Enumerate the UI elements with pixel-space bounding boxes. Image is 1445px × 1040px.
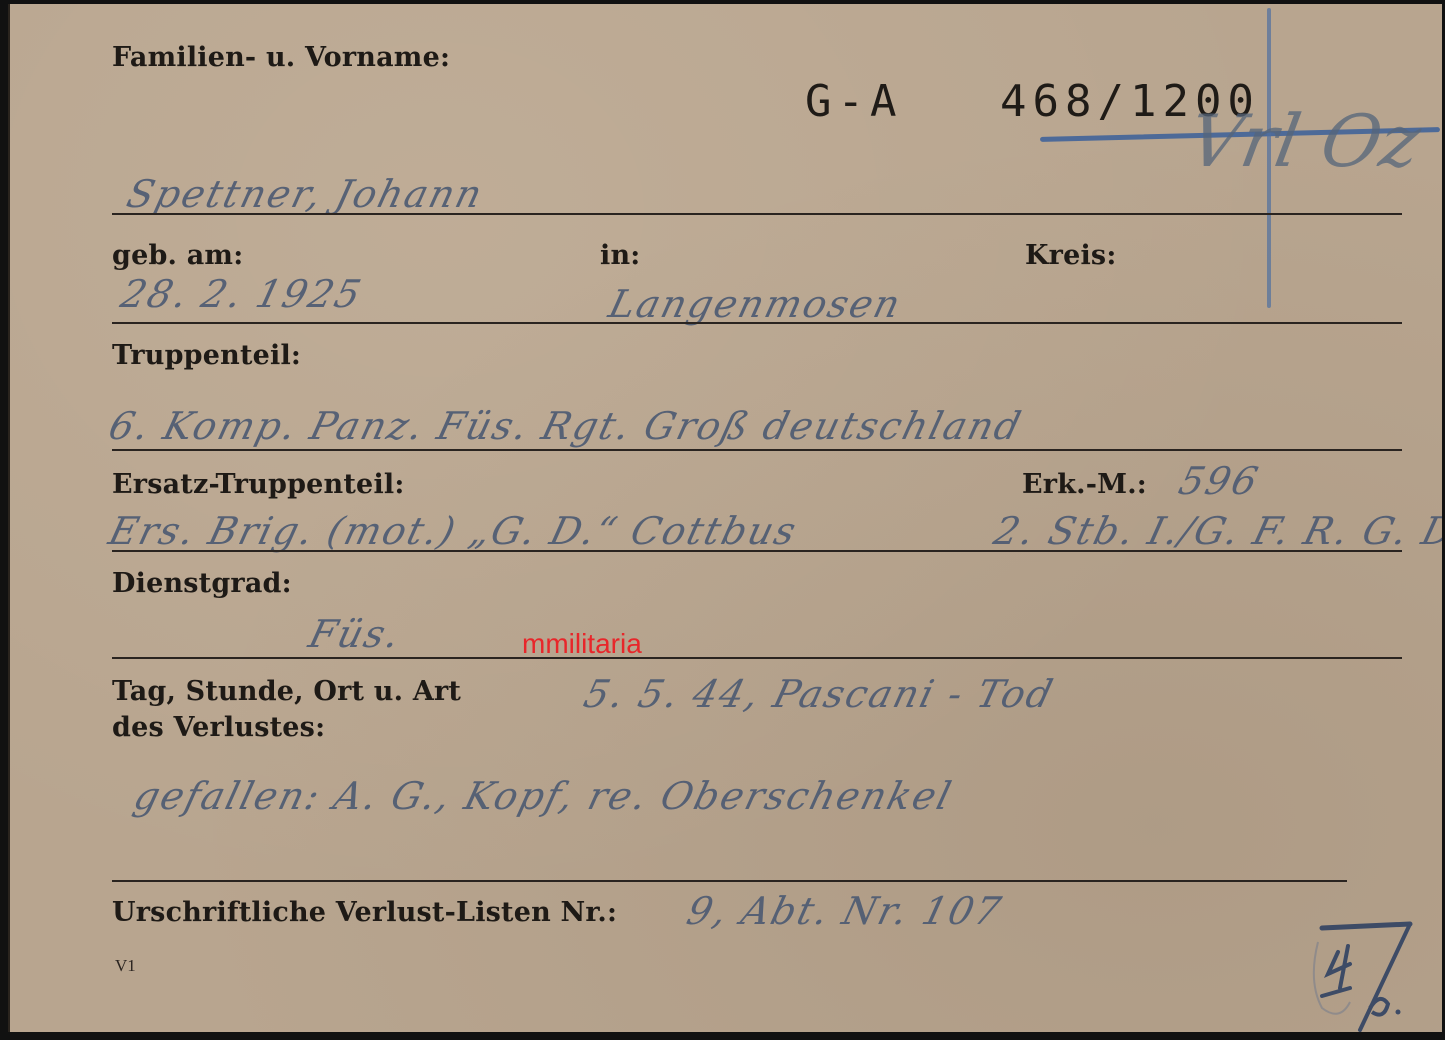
loss-list-label: Urschriftliche Verlust-Listen Nr.: <box>112 897 617 928</box>
casualty-index-card: Familien- u. Vorname: G-A 468/1200 Vrl O… <box>8 4 1442 1032</box>
unit-value: 6. Komp. Panz. Füs. Rgt. Groß deutschlan… <box>105 404 1027 448</box>
recognition-mark-label: Erk.-M.: <box>1022 469 1147 500</box>
file-number-prefix: G-A <box>805 76 902 127</box>
recognition-mark-detail: 2. Stb. I./G. F. R. G. D. <box>990 509 1442 553</box>
loss-rule <box>112 880 1347 882</box>
name-label: Familien- u. Vorname: <box>112 42 450 73</box>
district-label: Kreis: <box>1025 240 1117 271</box>
birth-rule <box>112 322 1402 324</box>
loss-value-line1: 5. 5. 44, Pascani - Tod <box>580 672 1059 716</box>
replacement-unit-rule <box>112 550 1402 552</box>
loss-list-value: 9, Abt. Nr. 107 <box>683 889 1007 933</box>
birth-place-label: in: <box>600 240 640 271</box>
loss-label-line2: des Verlustes: <box>112 712 325 743</box>
corner-mark-icon <box>1310 912 1430 1032</box>
watermark: mmilitaria <box>522 628 642 660</box>
loss-value-line2: gefallen: A. G., Kopf, re. Oberschenkel <box>130 774 958 818</box>
rank-label: Dienstgrad: <box>112 568 292 599</box>
birth-date-label: geb. am: <box>112 240 243 271</box>
birth-place-value: Langenmosen <box>605 282 907 326</box>
form-code: V1 <box>115 956 136 976</box>
loss-label-line1: Tag, Stunde, Ort u. Art <box>112 676 461 707</box>
unit-rule <box>112 449 1402 451</box>
name-value: Spettner, Johann <box>123 172 489 216</box>
replacement-unit-value: Ers. Brig. (mot.) „G. D.“ Cottbus <box>105 509 803 553</box>
rank-value: Füs. <box>305 612 406 656</box>
unit-label: Truppenteil: <box>112 340 301 371</box>
replacement-unit-label: Ersatz-Truppenteil: <box>112 469 405 500</box>
initials-mark: Vrl Oz <box>1183 99 1427 183</box>
name-rule <box>112 213 1402 215</box>
recognition-mark-value: 596 <box>1175 459 1265 503</box>
rank-rule <box>112 657 1402 659</box>
birth-date-value: 28. 2. 1925 <box>117 272 368 316</box>
